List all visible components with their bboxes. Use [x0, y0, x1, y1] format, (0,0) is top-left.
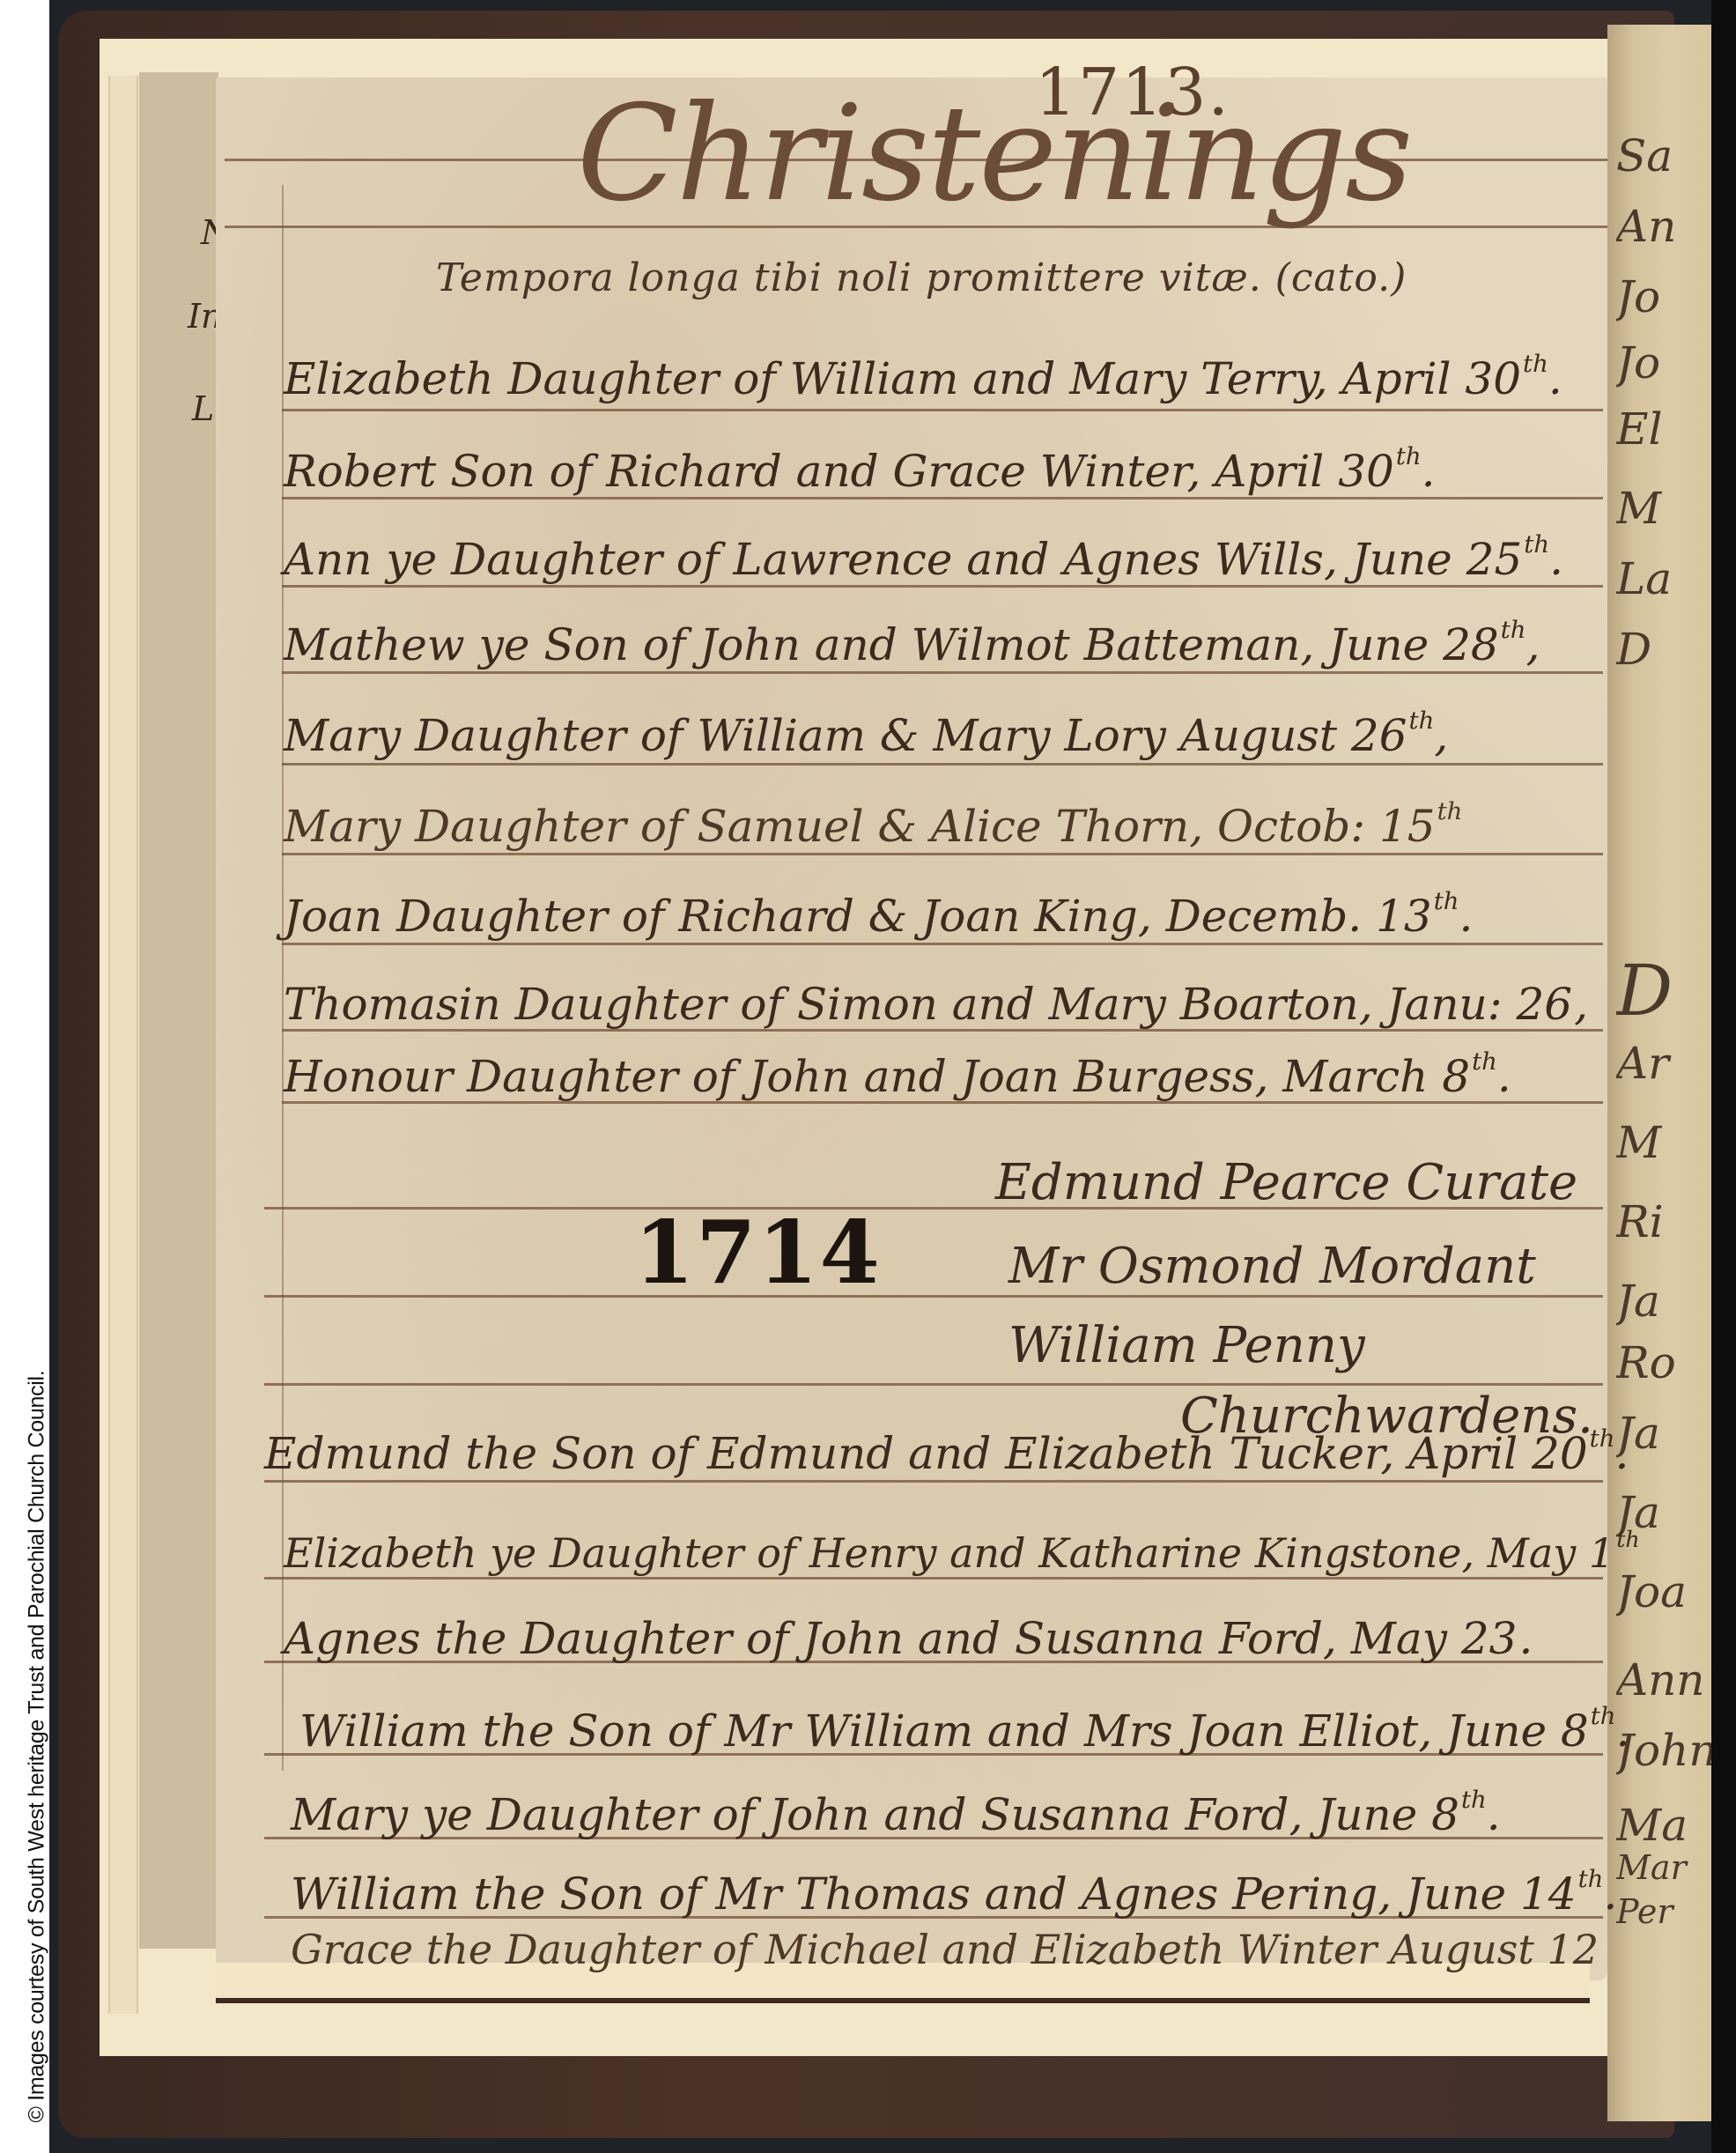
- facing-fragment: Ro: [1616, 1337, 1713, 1388]
- entry-date: August 26: [1180, 710, 1407, 761]
- baptism-entry: Agnes the Daughter of John and Susanna F…: [284, 1612, 1533, 1661]
- ruled-line: [282, 497, 1603, 499]
- entry-date: June 28: [1328, 619, 1499, 670]
- entry-date: June 25: [1352, 534, 1523, 585]
- copyright-strip: © Images courtesy of South West heritage…: [0, 0, 49, 2153]
- facing-fragment: Jo: [1616, 271, 1713, 322]
- baptism-entry: Grace the Daughter of Michael and Elizab…: [291, 1925, 1600, 1970]
- entry-date: March 8: [1282, 1051, 1470, 1102]
- entry-date: June 8: [1317, 1789, 1459, 1840]
- entry-date: April 30: [1342, 353, 1522, 404]
- baptism-entry: Mary ye Daughter of John and Susanna For…: [291, 1788, 1501, 1837]
- facing-fragment: Ar: [1616, 1038, 1713, 1089]
- ruled-line: [282, 409, 1603, 411]
- baptism-entry: Elizabeth Daughter of William and Mary T…: [284, 352, 1562, 401]
- facing-fragment: Sa: [1616, 130, 1713, 181]
- ruled-line: [264, 1295, 1603, 1298]
- entry-date: Octob: 15: [1217, 801, 1436, 852]
- baptism-entry: Robert Son of Richard and Grace Winter, …: [284, 445, 1435, 493]
- facing-page: Sa An Jo Jo El M La D D Ar M Ri Ja Ro Ja…: [1607, 25, 1711, 2121]
- entry-date: May 23: [1351, 1613, 1518, 1664]
- facing-fragment: M: [1616, 483, 1713, 534]
- entry-date: August 12: [1390, 1926, 1599, 1973]
- facing-fragment: Per: [1616, 1892, 1713, 1931]
- margin-mark: L: [192, 389, 214, 428]
- page-title: Christenings: [577, 88, 1411, 220]
- section-year-1714: 1714: [634, 1202, 882, 1304]
- facing-page-shadow: [1711, 0, 1736, 2153]
- ruled-line: [282, 585, 1603, 588]
- facing-fragment: Ja: [1616, 1276, 1713, 1327]
- entry-date: April 20: [1408, 1428, 1588, 1479]
- copyright-notice: © Images courtesy of South West heritage…: [25, 1371, 50, 2123]
- entry-date: April 30: [1215, 446, 1394, 497]
- baptism-entry: Mathew ye Son of John and Wilmot Battema…: [284, 618, 1540, 667]
- ruled-line: [264, 1480, 1603, 1483]
- baptism-entry: Mary Daughter of Samuel & Alice Thorn, O…: [284, 800, 1462, 848]
- facing-fragment: Joa: [1616, 1566, 1713, 1617]
- entry-date: June 14: [1406, 1868, 1577, 1920]
- entry-date: Janu: 26: [1386, 979, 1572, 1030]
- entry-date: Decemb. 13: [1166, 891, 1432, 942]
- flyleaf-fold: [108, 76, 138, 2014]
- ruled-line: [282, 943, 1603, 945]
- latin-motto: Tempora longa tibi noli promittere vitæ.…: [436, 255, 1407, 300]
- baptism-entry: Honour Daughter of John and Joan Burgess…: [284, 1050, 1511, 1099]
- baptism-entry: Ann ye Daughter of Lawrence and Agnes Wi…: [284, 533, 1563, 581]
- entry-date: May 1: [1488, 1529, 1614, 1577]
- entry-date: June 8: [1446, 1705, 1589, 1757]
- facing-fragment: M: [1616, 1117, 1713, 1168]
- facing-fragment: El: [1616, 403, 1713, 455]
- facing-fragment: John: [1616, 1725, 1713, 1776]
- baptism-entry: Edmund the Son of Edmund and Elizabeth T…: [264, 1427, 1629, 1476]
- baptism-entry: Mary Daughter of William & Mary Lory Aug…: [284, 709, 1448, 758]
- facing-fragment: D: [1616, 624, 1713, 675]
- facing-fragment: Mar: [1616, 1848, 1713, 1887]
- ruled-line: [264, 1383, 1603, 1386]
- baptism-entry: Thomasin Daughter of Simon and Mary Boar…: [284, 978, 1588, 1026]
- baptism-entry: William the Son of Mr Thomas and Agnes P…: [291, 1868, 1617, 1916]
- facing-fragment: D: [1616, 950, 1713, 1032]
- curate-signature: Edmund Pearce Curate: [995, 1154, 1577, 1211]
- facing-fragment: Ma: [1616, 1800, 1713, 1851]
- baptism-entry: Joan Daughter of Richard & Joan King, De…: [284, 890, 1473, 938]
- ruled-line: [282, 671, 1603, 674]
- facing-fragment: Ja: [1616, 1408, 1713, 1459]
- ruled-line: [282, 853, 1603, 855]
- ruled-line: [282, 763, 1603, 766]
- ruled-line: [264, 1577, 1603, 1580]
- facing-fragment: Ri: [1616, 1196, 1713, 1247]
- page-stub: N In L: [139, 72, 218, 1949]
- facing-fragment: Ann: [1616, 1654, 1713, 1705]
- facing-fragment: An: [1616, 201, 1713, 252]
- churchwarden-signature: Mr Osmond Mordant: [1008, 1238, 1536, 1295]
- facing-fragment: Jo: [1616, 337, 1713, 388]
- baptism-entry: William the Son of Mr William and Mrs Jo…: [299, 1705, 1629, 1753]
- churchwarden-signature: William Penny: [1008, 1317, 1365, 1374]
- baptism-entry: Elizabeth ye Daughter of Henry and Katha…: [284, 1528, 1640, 1573]
- facing-fragment: La: [1616, 553, 1713, 604]
